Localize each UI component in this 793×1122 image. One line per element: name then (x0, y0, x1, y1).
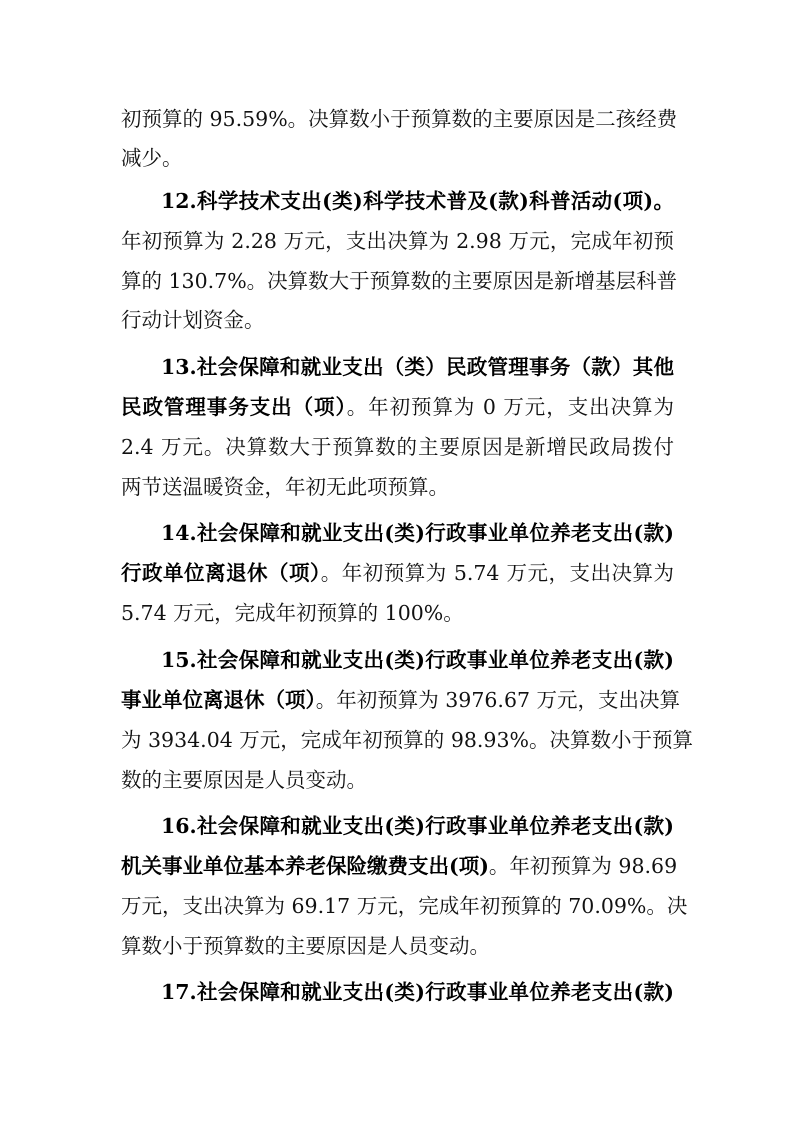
paragraph-14-heading: 14.社会保障和就业支出(类)行政事业单位养老支出(款) (161, 518, 674, 548)
paragraph-14-line-2: 行政单位离退休（项）。年初预算为 5.74 万元，支出决算为 (121, 558, 674, 588)
paragraph-11-line-1: 初预算的 95.59%。决算数小于预算数的主要原因是二孩经费 (121, 104, 674, 134)
body-text: 万元，支出决算为 69.17 万元，完成年初预算的 70.09%。决 (121, 894, 687, 918)
section-heading: 17.社会保障和就业支出(类)行政事业单位养老支出(款) (161, 980, 674, 1004)
body-text: 5.74 万元，完成年初预算的 100%。 (121, 601, 464, 625)
paragraph-12-line-3: 算的 130.7%。决算数大于预算数的主要原因是新增基层科普 (121, 266, 674, 296)
body-text: 。年初预算为 0 万元，支出决算为 (347, 395, 674, 419)
section-heading: 13.社会保障和就业支出（类）民政管理事务（款）其他 (161, 355, 674, 379)
body-text: 2.4 万元。决算数大于预算数的主要原因是新增民政局拨付 (121, 435, 674, 459)
section-heading: 12.科学技术支出(类)科学技术普及(款)科普活动(项)。 (161, 189, 674, 213)
body-text: 年初预算为 2.28 万元，支出决算为 2.98 万元，完成年初预 (121, 229, 674, 253)
paragraph-16-line-4: 算数小于预算数的主要原因是人员变动。 (121, 931, 674, 961)
body-text: 行动计划资金。 (121, 308, 265, 332)
body-text: 为 3934.04 万元，完成年初预算的 98.93%。决算数小于预算 (121, 728, 693, 752)
body-text: 算数小于预算数的主要原因是人员变动。 (121, 934, 490, 958)
paragraph-14-line-3: 5.74 万元，完成年初预算的 100%。 (121, 598, 674, 628)
paragraph-15-line-3: 为 3934.04 万元，完成年初预算的 98.93%。决算数小于预算 (121, 725, 674, 755)
paragraph-13-line-3: 2.4 万元。决算数大于预算数的主要原因是新增民政局拨付 (121, 432, 674, 462)
section-heading-continuation: 民政管理事务支出（项） (121, 395, 347, 419)
paragraph-15-line-2: 事业单位离退休（项）。年初预算为 3976.67 万元，支出决算 (121, 685, 674, 715)
section-heading-continuation: 行政单位离退休（项） (121, 561, 321, 585)
paragraph-17-heading: 17.社会保障和就业支出(类)行政事业单位养老支出(款) (161, 977, 674, 1007)
paragraph-12-heading: 12.科学技术支出(类)科学技术普及(款)科普活动(项)。 (161, 186, 674, 216)
body-text: 。年初预算为 3976.67 万元，支出决算 (316, 688, 680, 712)
paragraph-11-line-2: 减少。 (121, 143, 674, 173)
body-text: 数的主要原因是人员变动。 (121, 768, 367, 792)
section-heading: 15.社会保障和就业支出(类)行政事业单位养老支出(款) (161, 648, 674, 672)
paragraph-13-line-2: 民政管理事务支出（项）。年初预算为 0 万元，支出决算为 (121, 392, 674, 422)
paragraph-15-heading: 15.社会保障和就业支出(类)行政事业单位养老支出(款) (161, 645, 674, 675)
section-heading-continuation: 机关事业单位基本养老保险缴费支出(项) (121, 854, 489, 878)
body-text: 减少。 (121, 146, 183, 170)
document-page: 初预算的 95.59%。决算数小于预算数的主要原因是二孩经费 减少。 12.科学… (0, 0, 793, 1122)
body-text: 。年初预算为 5.74 万元，支出决算为 (321, 561, 674, 585)
paragraph-13-line-4: 两节送温暖资金，年初无此项预算。 (121, 472, 674, 502)
paragraph-13-heading: 13.社会保障和就业支出（类）民政管理事务（款）其他 (161, 352, 674, 382)
paragraph-15-line-4: 数的主要原因是人员变动。 (121, 765, 674, 795)
section-heading-continuation: 事业单位离退休（项） (121, 688, 316, 712)
paragraph-16-heading: 16.社会保障和就业支出(类)行政事业单位养老支出(款) (161, 811, 674, 841)
body-text: 。年初预算为 98.69 (489, 854, 677, 878)
section-heading: 16.社会保障和就业支出(类)行政事业单位养老支出(款) (161, 814, 674, 838)
body-text: 算的 130.7%。决算数大于预算数的主要原因是新增基层科普 (121, 269, 677, 293)
body-text: 两节送温暖资金，年初无此项预算。 (121, 475, 449, 499)
section-heading: 14.社会保障和就业支出(类)行政事业单位养老支出(款) (161, 521, 674, 545)
paragraph-16-line-3: 万元，支出决算为 69.17 万元，完成年初预算的 70.09%。决 (121, 891, 674, 921)
body-text: 初预算的 95.59%。决算数小于预算数的主要原因是二孩经费 (121, 107, 677, 131)
paragraph-12-line-2: 年初预算为 2.28 万元，支出决算为 2.98 万元，完成年初预 (121, 226, 674, 256)
paragraph-16-line-2: 机关事业单位基本养老保险缴费支出(项)。年初预算为 98.69 (121, 851, 674, 881)
paragraph-12-line-4: 行动计划资金。 (121, 305, 674, 335)
